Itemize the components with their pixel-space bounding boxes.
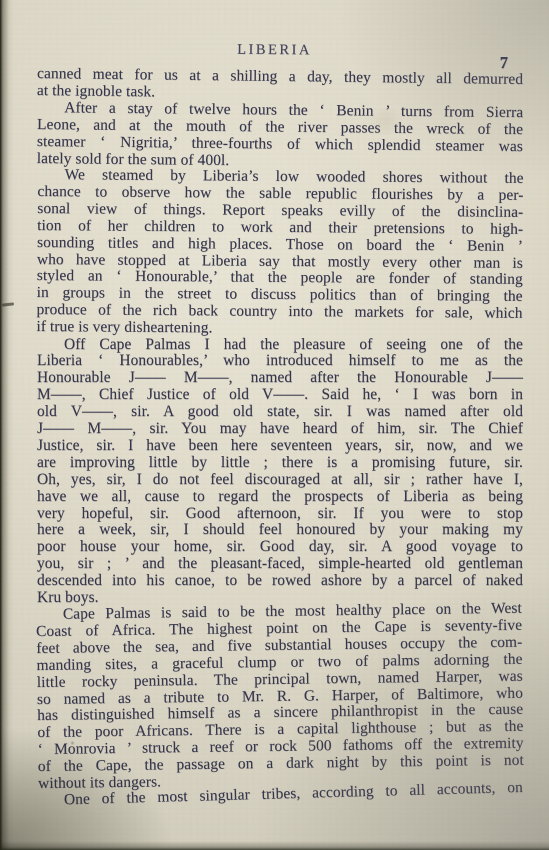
- page-text-block: canned meat for us at a shilling a day, …: [37, 66, 523, 810]
- text-line: Justice, sir. I have been here seventeen…: [37, 438, 523, 455]
- text-line: poor house your home, sir. Good day, sir…: [37, 539, 523, 556]
- stain-mark: [70, 741, 75, 745]
- page-bottom-edge-shadow: [0, 841, 549, 850]
- stain-mark: [2, 302, 14, 306]
- text-line: here a week, sir, I should feel honoured…: [37, 522, 523, 539]
- text-line: Oh, yes, sir, I do not feel discouraged …: [37, 472, 523, 489]
- text-line: Honourable J—— M——, named after the Hono…: [37, 370, 523, 387]
- text-line: very hopeful, sir. Good afternoon, sir. …: [37, 506, 523, 523]
- text-line: J—— M——, sir. You may have heard of him,…: [37, 421, 523, 438]
- text-line: you, sir ; ’ and the pleasant-faced, sim…: [37, 556, 523, 573]
- running-header: LIBERIA 7: [0, 42, 549, 62]
- page-left-edge-shadow: [0, 0, 14, 850]
- text-line: Off Cape Palmas I had the pleasure of se…: [37, 337, 523, 354]
- text-line: are improving little by little ; there i…: [37, 455, 523, 472]
- stain-mark: [363, 108, 409, 134]
- text-line: have we all, cause to regard the prospec…: [37, 489, 523, 506]
- text-line: M——, Chief Justice of old V——. Said he, …: [37, 387, 523, 404]
- text-line: descended into his canoe, to be rowed as…: [37, 573, 523, 590]
- paragraph-cape-palmas: Cape Palmas is said to be the most healt…: [36, 601, 524, 793]
- paragraph-honourable-anecdote: Off Cape Palmas I had the pleasure of se…: [37, 337, 523, 608]
- page-header-title: LIBERIA: [0, 40, 549, 62]
- paragraph-benin-departure: After a stay of twelve hours the ‘ Benin…: [37, 100, 524, 173]
- text-line: old V——, sir. A good old state, sir. I w…: [37, 404, 523, 421]
- text-line: Liberia ‘ Honourables,’ who introduced h…: [37, 353, 523, 370]
- scanned-book-page: LIBERIA 7 canned meat for us at a shilli…: [0, 0, 549, 850]
- paragraph-liberia-shores: We steamed by Liberia’s low wooded shore…: [36, 167, 523, 340]
